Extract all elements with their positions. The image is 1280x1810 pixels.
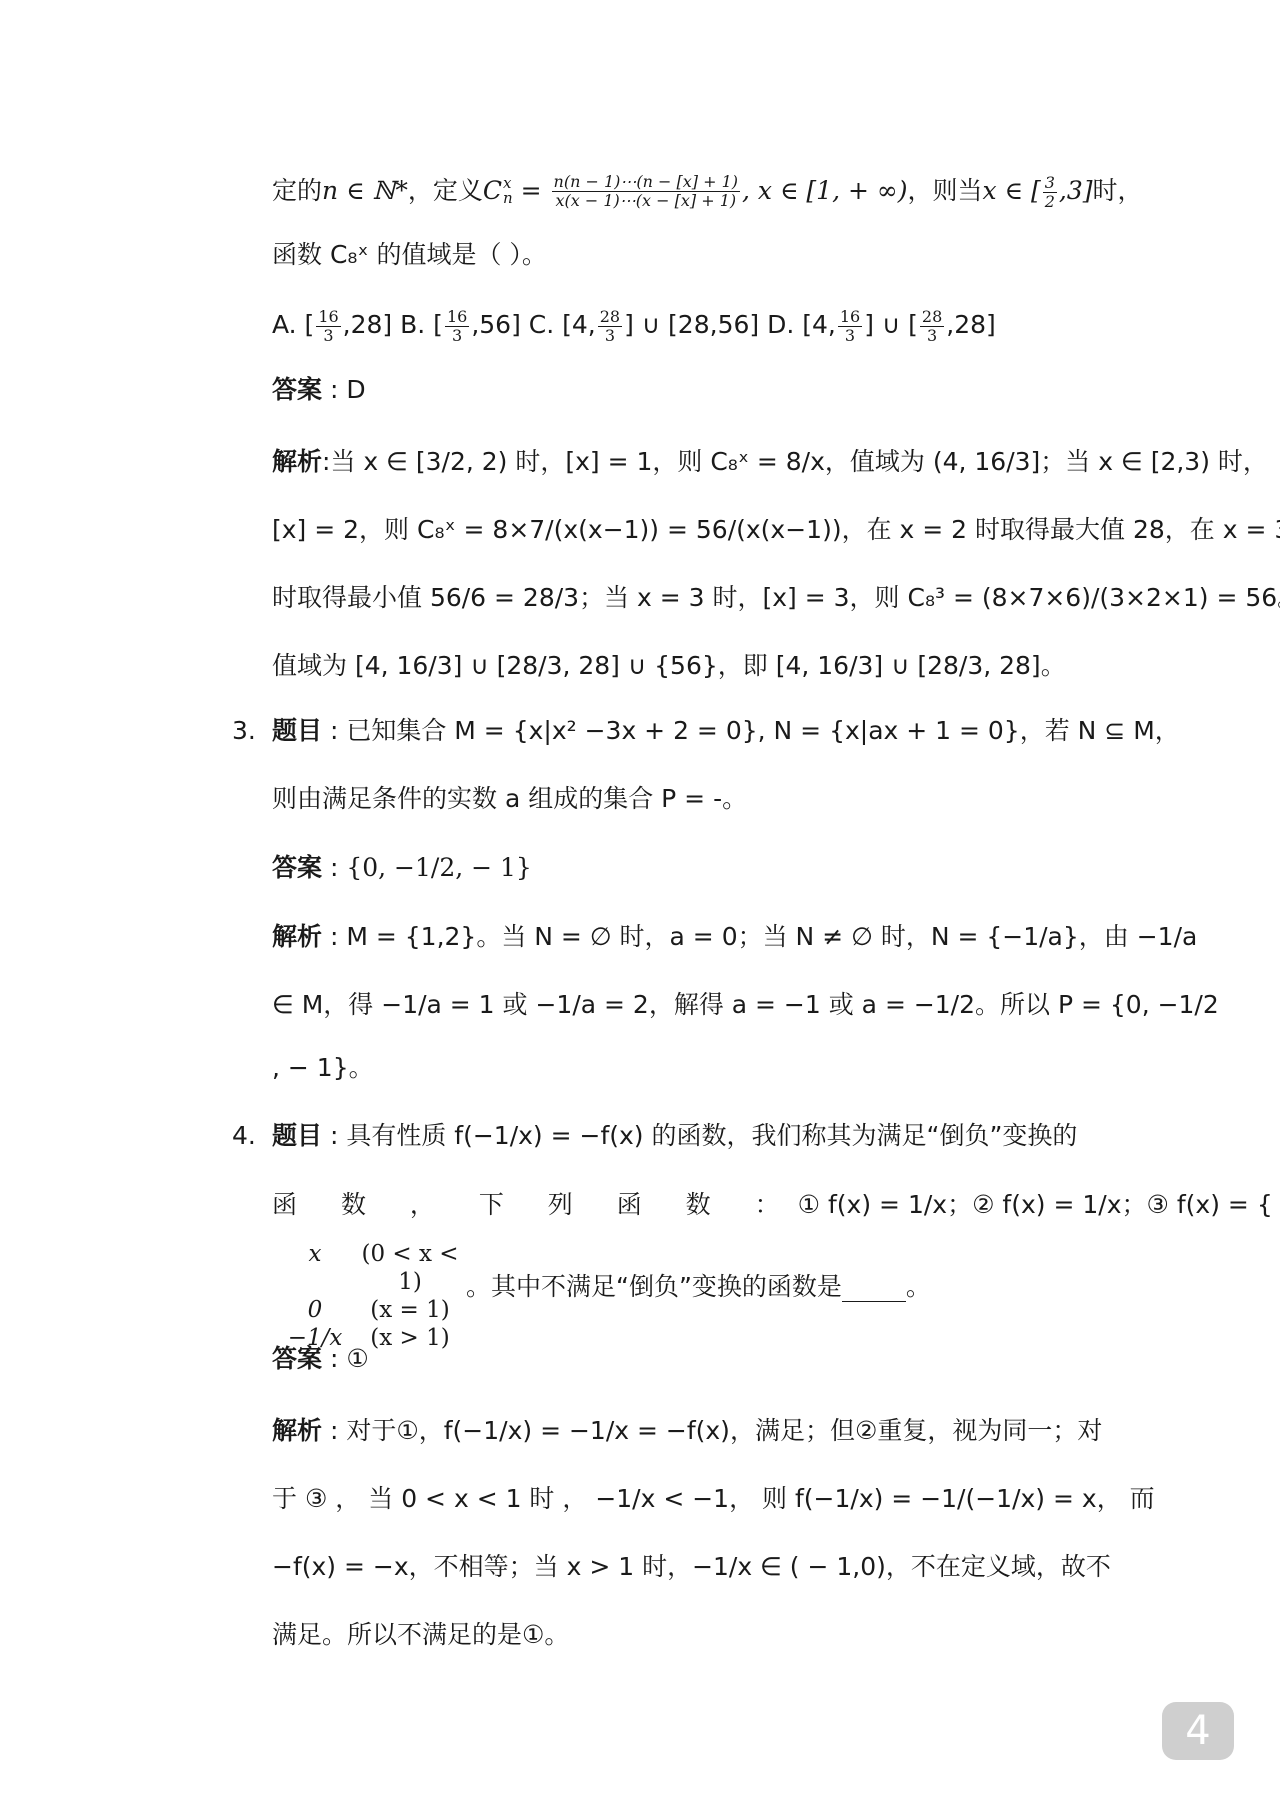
answer-value: {0, −1/2, − 1} <box>346 843 532 893</box>
q2-formula-indices: xn <box>503 176 513 206</box>
answer-value: D <box>346 365 365 415</box>
q2-when: 时， <box>1093 166 1143 216</box>
option-c: C. [4,283] ∪ [28,56] <box>529 300 759 350</box>
q4-analysis-line-3: −f(x) = −x，不相等；当 x > 1 时，−1/x ∈ ( − 1,0)… <box>272 1542 1100 1592</box>
q2-options: A. [163,28] B. [163,56] C. [4,283] ∪ [28… <box>272 300 1100 350</box>
analysis-label: 解析 <box>272 912 322 962</box>
page-number-badge: 4 <box>1162 1702 1234 1760</box>
option-a: A. [163,28] <box>272 300 392 350</box>
q3-number: 3. <box>232 706 256 756</box>
q2-define: ，定义 <box>408 166 483 216</box>
q4-stem-text: 具有性质 f(−1/x) = −f(x) 的函数，我们称其为满足“倒负”变换的 <box>346 1111 1077 1161</box>
q2-stem-line-2: 函数 C₈ˣ 的值域是（ ）。 <box>272 230 1100 280</box>
q4-stem-tail: 。其中不满足“倒负”变换的函数是 。 <box>466 1262 1100 1312</box>
answer-value: ① <box>346 1334 368 1384</box>
q4-item-2: ② f(x) = 1/x； <box>972 1180 1146 1230</box>
q3-analysis-line-2: ∈ M，得 −1/a = 1 或 −1/a = 2，解得 a = −1 或 a … <box>272 980 1100 1030</box>
analysis-text: M = {1,2}。当 N = ∅ 时，a = 0；当 N ≠ ∅ 时，N = … <box>346 912 1197 962</box>
q2-analysis-line-3: 时取得最小值 56/6 = 28/3；当 x = 3 时，[x] = 3，则 C… <box>272 573 1100 623</box>
q2-stem-prefix: 定的 <box>272 166 322 216</box>
q2-analysis-line-4: 值域为 [4, 16/3] ∪ [28/3, 28] ∪ {56}，即 [4, … <box>272 641 1100 691</box>
option-d: D. [4,163] ∪ [283,28] <box>767 300 996 350</box>
q3-answer: 答案 : {0, −1/2, − 1} <box>272 843 1100 893</box>
answer-label: 答案 <box>272 1334 322 1384</box>
option-b: B. [163,56] <box>400 300 521 350</box>
q2-then: ，则当 <box>907 166 982 216</box>
analysis-text: 对于①，f(−1/x) = −1/x = −f(x)，满足；但②重复，视为同一；… <box>346 1406 1102 1456</box>
piecewise-row: x (0 < x < 1) <box>280 1240 470 1296</box>
answer-label: 答案 <box>272 843 322 893</box>
q4-stem-line-1: 题目 : 具有性质 f(−1/x) = −f(x) 的函数，我们称其为满足“倒负… <box>272 1111 1100 1161</box>
q2-n-in-N: n ∈ ℕ* <box>322 166 408 216</box>
q2-analysis-line-1: 解析 : 当 x ∈ [3/2, 2) 时，[x] = 1，则 C₈ˣ = 8/… <box>272 437 1100 487</box>
answer-blank <box>842 1273 906 1302</box>
q2-answer: 答案 : D <box>272 365 1100 415</box>
q2-formula-fraction: n(n − 1)⋯(n − [x] + 1) x(x − 1)⋯(x − [x]… <box>552 173 740 210</box>
q3-stem-line-2: 则由满足条件的实数 a 组成的集合 P = -。 <box>272 774 1100 824</box>
analysis-label: 解析 <box>272 1406 322 1456</box>
q3-stem-line-1: 题目 : 已知集合 M = {x|x² −3x + 2 = 0}, N = {x… <box>272 706 1100 756</box>
q2-stem-line-1: 定的 n ∈ ℕ* ，定义 Cxn = n(n − 1)⋯(n − [x] + … <box>272 166 1100 216</box>
title-label: 题目 <box>272 706 322 756</box>
q2-formula-lhs: C <box>483 166 502 216</box>
q4-answer: 答案 : ① <box>272 1334 1100 1384</box>
q2-range: x ∈ [32,3] <box>982 166 1092 216</box>
title-label: 题目 <box>272 1111 322 1161</box>
answer-label: 答案 <box>272 365 322 415</box>
q2-domain: , x ∈ [1, + ∞) <box>742 166 907 216</box>
analysis-text: 当 x ∈ [3/2, 2) 时，[x] = 1，则 C₈ˣ = 8/x，值域为… <box>330 437 1267 487</box>
q2-analysis-line-2: [x] = 2，则 C₈ˣ = 8×7/(x(x−1)) = 56/(x(x−1… <box>272 505 1100 555</box>
q3-analysis-line-3: , − 1}。 <box>272 1043 1100 1093</box>
q4-number: 4. <box>232 1111 256 1161</box>
q4-stem-words: 函 数 ， 下 列 函 数 ： <box>272 1180 798 1230</box>
piecewise-row: 0 (x = 1) <box>280 1296 470 1324</box>
q4-analysis-line-1: 解析 : 对于①，f(−1/x) = −1/x = −f(x)，满足；但②重复，… <box>272 1406 1100 1456</box>
q4-stem-line-2: 函 数 ， 下 列 函 数 ： ① f(x) = 1/x； ② f(x) = 1… <box>272 1180 1100 1230</box>
q4-item-1: ① f(x) = 1/x； <box>798 1180 972 1230</box>
q4-analysis-line-4: 满足。所以不满足的是①。 <box>272 1610 1100 1660</box>
q4-item-3: ③ f(x) = { <box>1147 1180 1273 1230</box>
q3-analysis-line-1: 解析 : M = {1,2}。当 N = ∅ 时，a = 0；当 N ≠ ∅ 时… <box>272 912 1100 962</box>
document-page: 定的 n ∈ ℕ* ，定义 Cxn = n(n − 1)⋯(n − [x] + … <box>0 0 1280 1810</box>
analysis-label: 解析 <box>272 437 322 487</box>
q3-stem-text: 已知集合 M = {x|x² −3x + 2 = 0}, N = {x|ax +… <box>346 706 1179 756</box>
q4-analysis-line-2: 于 ③ ， 当 0 < x < 1 时 ， −1/x < −1， 则 f(−1/… <box>272 1474 1100 1524</box>
